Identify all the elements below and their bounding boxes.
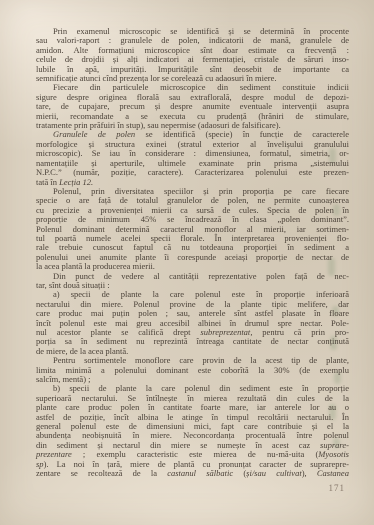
italic-text: Castanea [317, 468, 349, 478]
book-page: Prin examenul microscopic se identifică … [0, 0, 374, 525]
page-text: Prin examenul microscopic se identifică … [36, 27, 349, 479]
italic-text: castanul sălbatic [167, 468, 233, 478]
text-line: zentare se recoltează de la castanul săl… [36, 469, 349, 478]
italic-text: și/sau cultivat [246, 468, 302, 478]
page-number: 171 [329, 483, 346, 493]
italic-text: Lecția 12. [59, 177, 93, 187]
italic-text: Granulele de polen [53, 129, 135, 139]
italic-text: Myosotis [318, 449, 349, 459]
